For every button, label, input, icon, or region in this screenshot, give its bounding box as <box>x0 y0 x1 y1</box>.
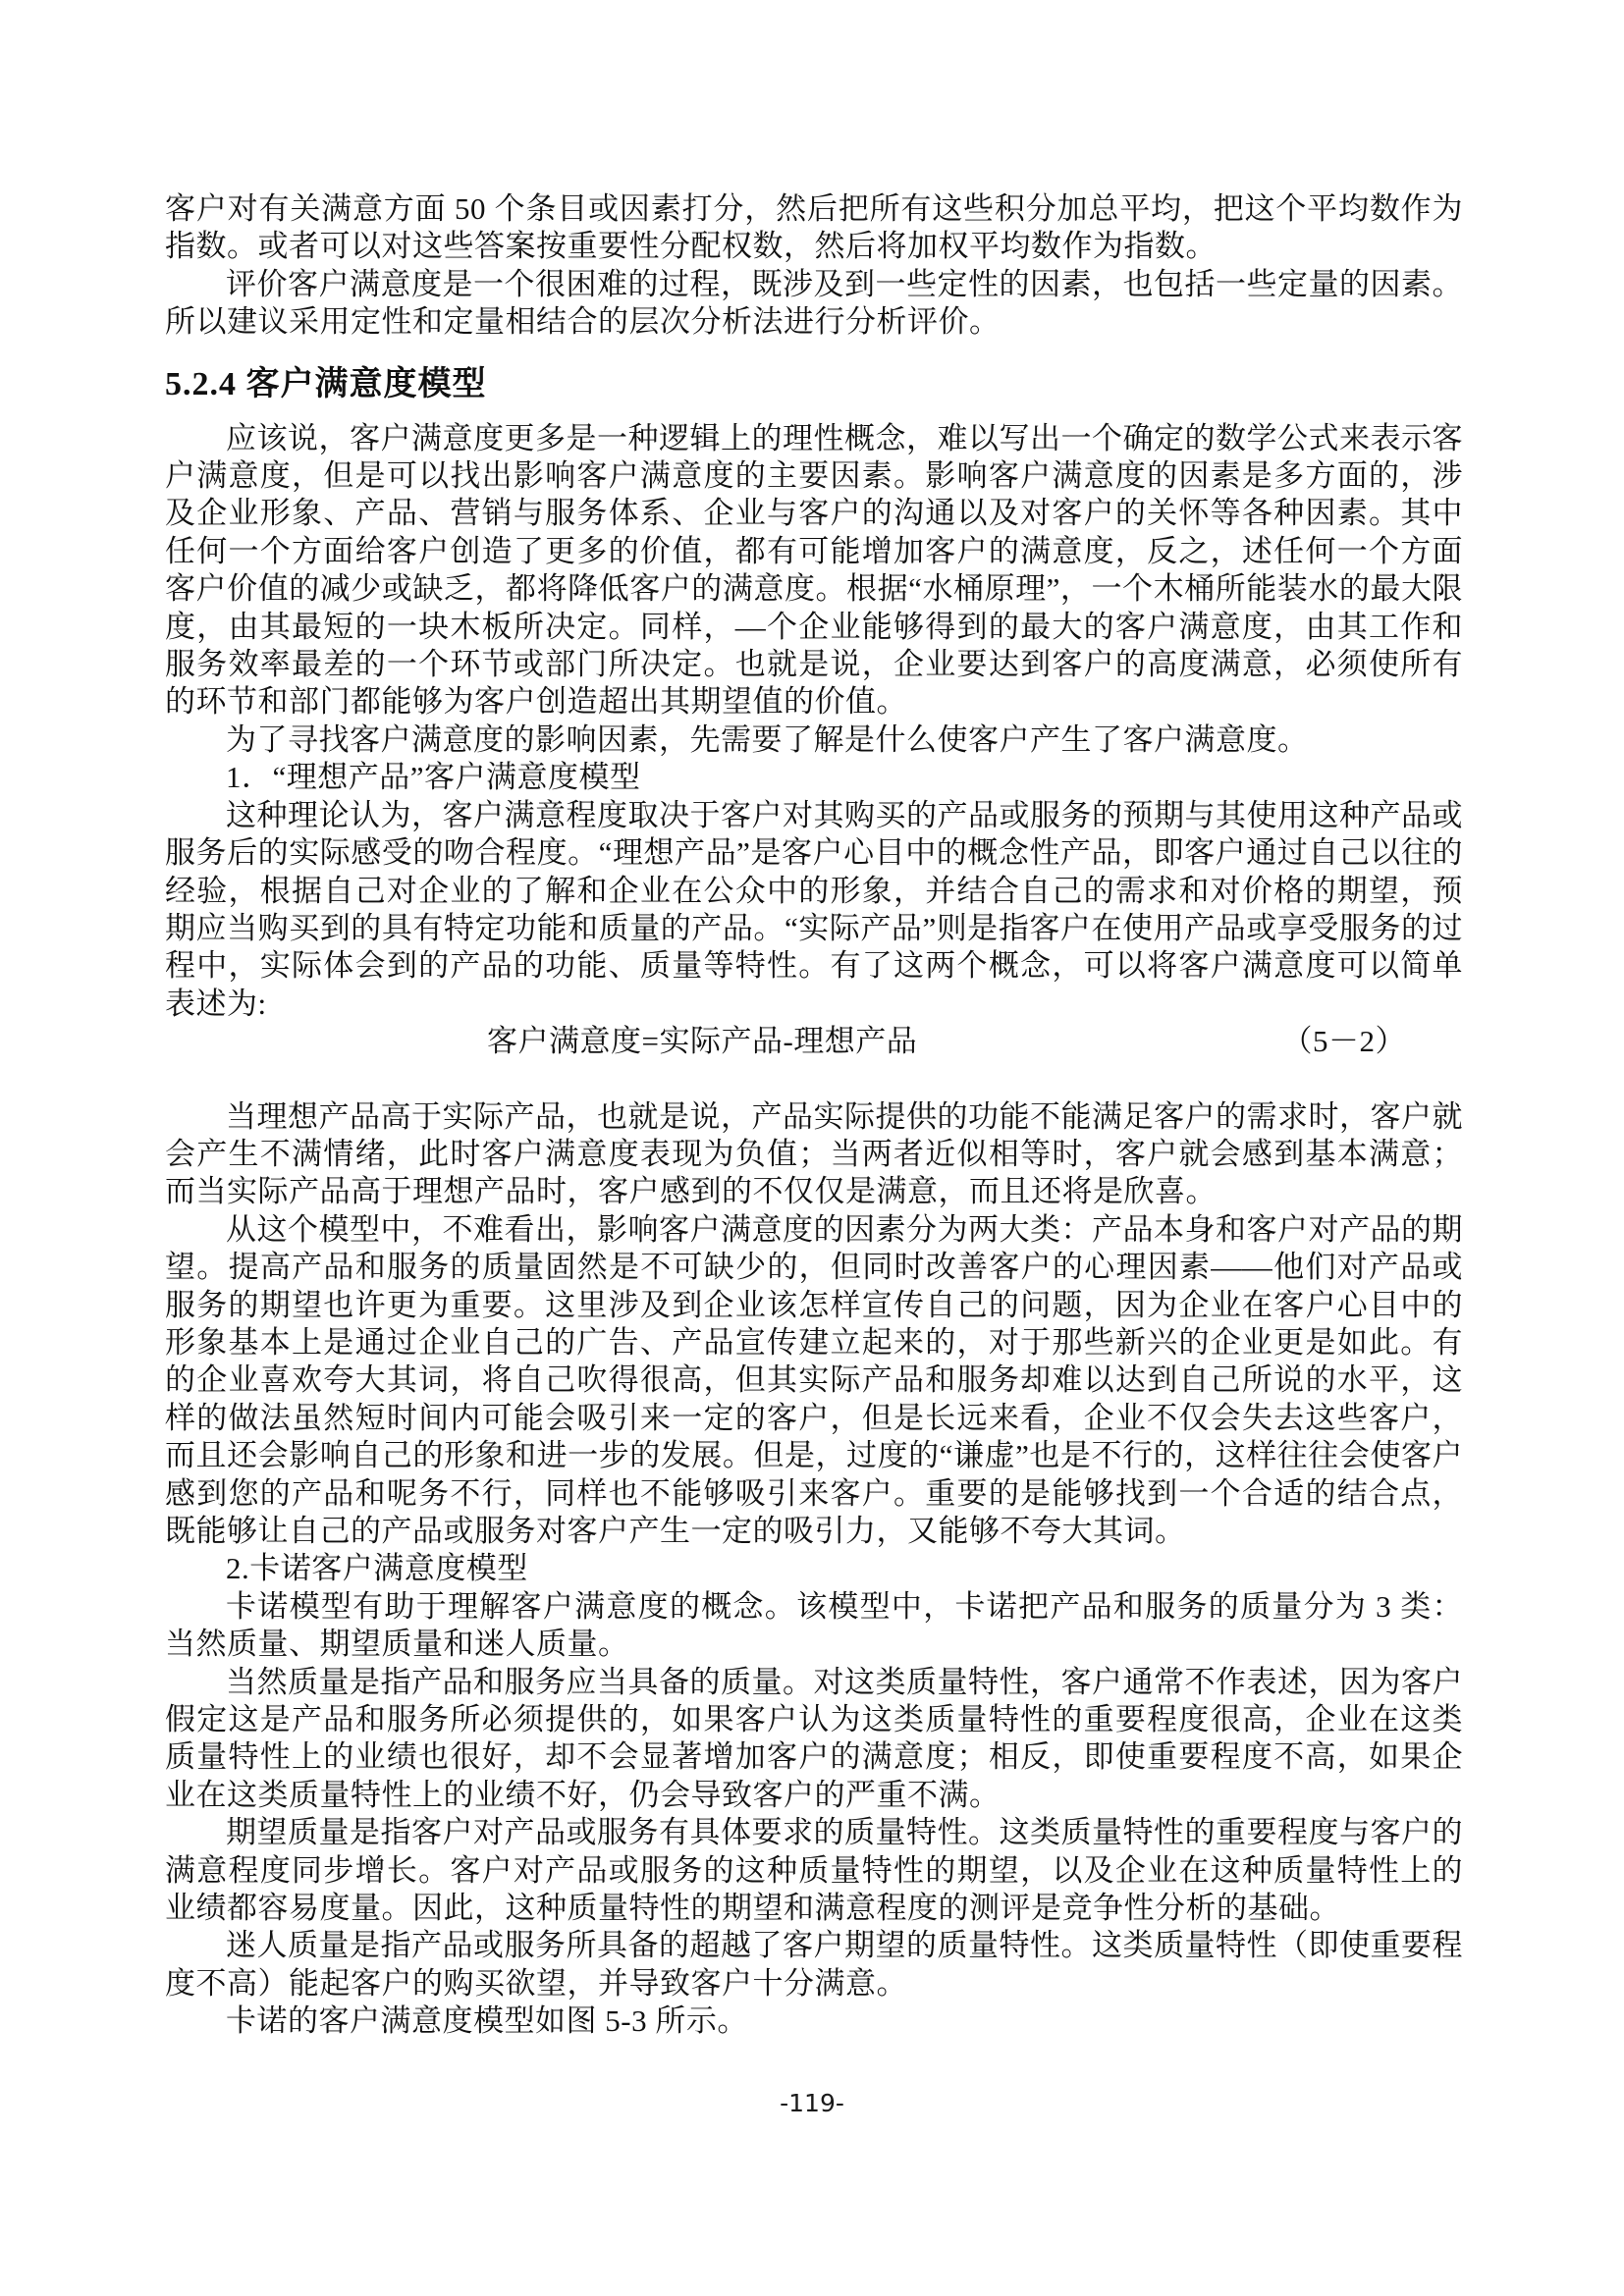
list-item-heading: 2.卡诺客户满意度模型 <box>165 1550 1463 1587</box>
body-paragraph: 卡诺的客户满意度模型如图 5-3 所示。 <box>165 2002 1463 2040</box>
body-paragraph: 期望质量是指客户对产品或服务有具体要求的质量特性。这类质量特性的重要程度与客户的… <box>165 1814 1463 1927</box>
body-paragraph: 应该说，客户满意度更多是一种逻辑上的理性概念，难以写出一个确定的数学公式来表示客… <box>165 420 1463 721</box>
document-page: 客户对有关满意方面 50 个条目或因素打分，然后把所有这些积分加总平均，把这个平… <box>0 0 1624 2296</box>
formula-expression: 客户满意度=实际产品-理想产品 <box>487 1023 917 1060</box>
list-item-heading: 1．“理想产品”客户满意度模型 <box>165 759 1463 796</box>
body-paragraph: 当理想产品高于实际产品，也就是说，产品实际提供的功能不能满足客户的需求时，客户就… <box>165 1098 1463 1211</box>
body-paragraph: 这种理论认为，客户满意程度取决于客户对其购买的产品或服务的预期与其使用这种产品或… <box>165 797 1463 1023</box>
text-column: 客户对有关满意方面 50 个条目或因素打分，然后把所有这些积分加总平均，把这个平… <box>165 190 1463 2041</box>
body-paragraph: 为了寻找客户满意度的影响因素，先需要了解是什么使客户产生了客户满意度。 <box>165 721 1463 759</box>
formula-line: 客户满意度=实际产品-理想产品 （5－2） <box>165 1023 1463 1060</box>
body-paragraph: 卡诺模型有助于理解客户满意度的概念。该模型中，卡诺把产品和服务的质量分为 3 类… <box>165 1588 1463 1664</box>
section-heading: 5.2.4 客户满意度模型 <box>165 363 1463 406</box>
body-paragraph: 评价客户满意度是一个很困难的过程，既涉及到一些定性的因素，也包括一些定量的因素。… <box>165 266 1463 342</box>
formula-number: （5－2） <box>1282 1023 1407 1060</box>
body-paragraph: 当然质量是指产品和服务应当具备的质量。对这类质量特性，客户通常不作表述，因为客户… <box>165 1664 1463 1815</box>
page-number: -119- <box>0 2089 1624 2117</box>
body-paragraph: 从这个模型中，不难看出，影响客户满意度的因素分为两大类：产品本身和客户对产品的期… <box>165 1211 1463 1551</box>
body-paragraph: 迷人质量是指产品或服务所具备的超越了客户期望的质量特性。这类质量特性（即使重要程… <box>165 1927 1463 2002</box>
body-paragraph: 客户对有关满意方面 50 个条目或因素打分，然后把所有这些积分加总平均，把这个平… <box>165 190 1463 266</box>
